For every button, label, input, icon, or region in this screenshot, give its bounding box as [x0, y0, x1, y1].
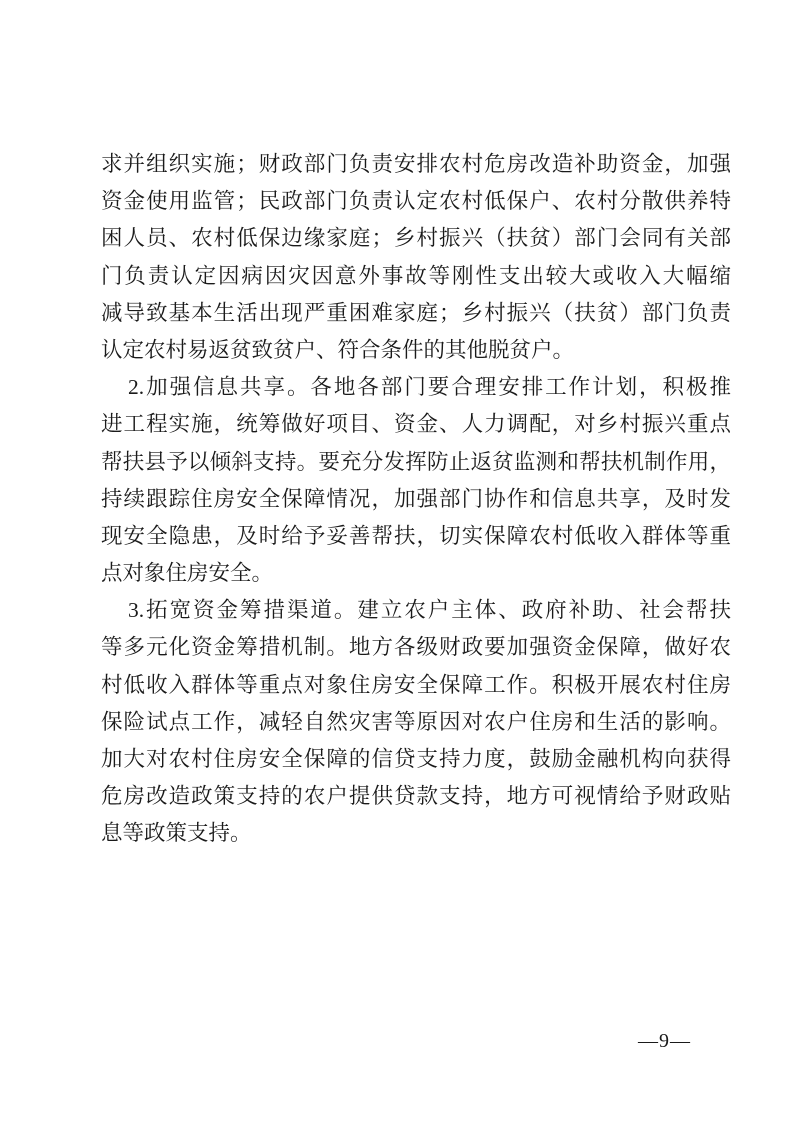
text-line: 资金使用监管；民政部门负责认定农村低保户、农村分散供养特: [101, 183, 731, 220]
text-line-paragraph-start: 3.拓宽资金筹措渠道。建立农户主体、政府补助、社会帮扶: [101, 592, 731, 629]
text-line: 求并组织实施；财政部门负责安排农村危房改造补助资金，加强: [101, 146, 731, 183]
text-line: 帮扶县予以倾斜支持。要充分发挥防止返贫监测和帮扶机制作用，: [101, 444, 731, 481]
text-line: 危房改造政策支持的农户提供贷款支持，地方可视情给予财政贴: [101, 778, 731, 815]
document-page: 求并组织实施；财政部门负责安排农村危房改造补助资金，加强 资金使用监管；民政部门…: [0, 0, 793, 1122]
text-line: 村低收入群体等重点对象住房安全保障工作。积极开展农村住房: [101, 667, 731, 704]
text-line: 减导致基本生活出现严重困难家庭；乡村振兴（扶贫）部门负责: [101, 295, 731, 332]
text-line: 保险试点工作，减轻自然灾害等原因对农户住房和生活的影响。: [101, 704, 731, 741]
text-line: 门负责认定因病因灾因意外事故等刚性支出较大或收入大幅缩: [101, 258, 731, 295]
text-line: 点对象住房安全。: [101, 555, 731, 592]
text-line: 息等政策支持。: [101, 815, 731, 852]
text-line: 持续跟踪住房安全保障情况，加强部门协作和信息共享，及时发: [101, 481, 731, 518]
text-line: 困人员、农村低保边缘家庭；乡村振兴（扶贫）部门会同有关部: [101, 220, 731, 257]
text-line-paragraph-start: 2.加强信息共享。各地各部门要合理安排工作计划，积极推: [101, 369, 731, 406]
text-line: 加大对农村住房安全保障的信贷支持力度，鼓励金融机构向获得: [101, 741, 731, 778]
text-line: 等多元化资金筹措机制。地方各级财政要加强资金保障，做好农: [101, 629, 731, 666]
page-number: —9—: [638, 1030, 691, 1053]
text-line: 进工程实施，统筹做好项目、资金、人力调配，对乡村振兴重点: [101, 406, 731, 443]
document-body: 求并组织实施；财政部门负责安排农村危房改造补助资金，加强 资金使用监管；民政部门…: [101, 146, 731, 853]
text-line: 现安全隐患，及时给予妥善帮扶，切实保障农村低收入群体等重: [101, 518, 731, 555]
text-line: 认定农村易返贫致贫户、符合条件的其他脱贫户。: [101, 332, 731, 369]
